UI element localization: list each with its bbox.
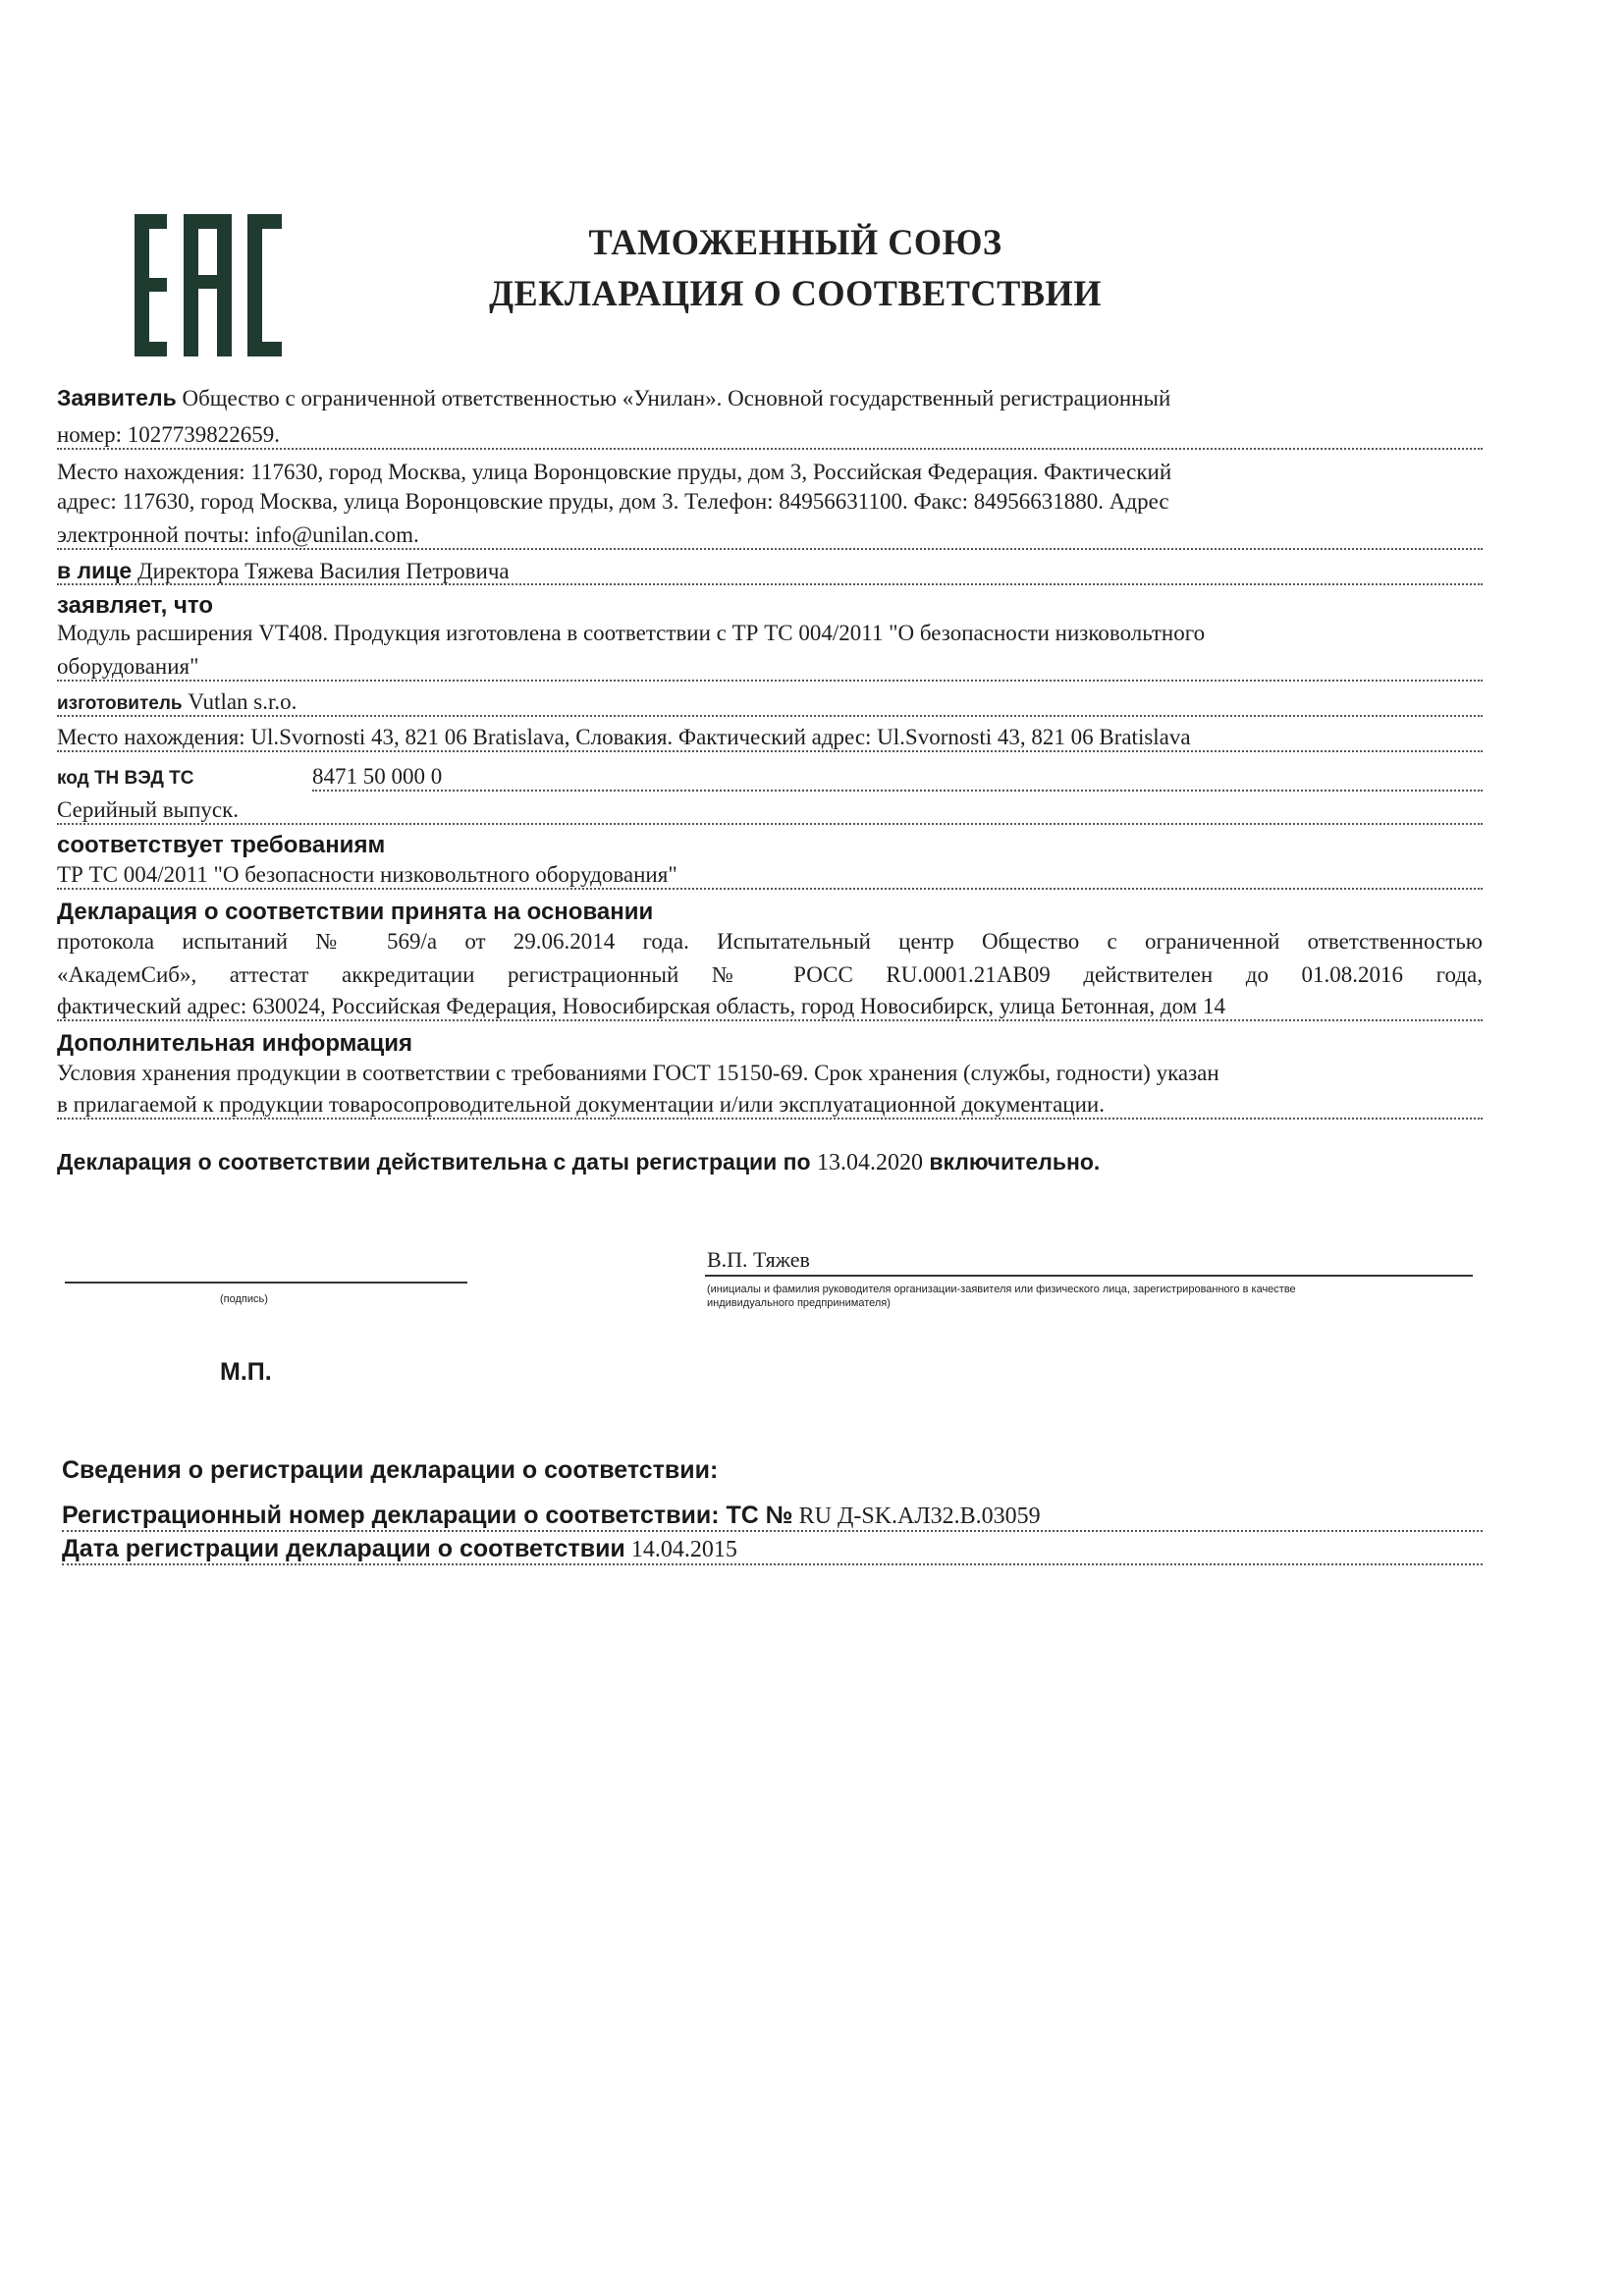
registration-date-value: 14.04.2015 [625,1537,737,1562]
divider [57,888,1483,890]
name-line [705,1275,1473,1277]
applicant-ogrn: номер: 1027739822659. [57,420,1483,450]
applicant-line-1: Заявитель Общество с ограниченной ответс… [57,383,1483,413]
name-caption-line-1: (инициалы и фамилия руководителя организ… [707,1283,1492,1296]
serial-production: Серийный выпуск. [57,795,1483,825]
signatory-name: В.П. Тяжев [707,1245,1100,1275]
eac-mark-icon [135,214,282,356]
divider [57,680,1483,682]
validity-date: 13.04.2020 [817,1150,923,1175]
tnved-code: 8471 50 000 0 [312,764,442,789]
eac-logo [135,214,282,356]
divider [57,1019,1483,1021]
registration-date: Дата регистрации декларации о соответств… [62,1534,1488,1564]
additional-info-1: Условия хранения продукции в соответстви… [57,1059,1483,1088]
registration-date-label: Дата регистрации декларации о соответств… [62,1535,625,1562]
validity-statement: Декларация о соответствии действительна … [57,1147,1483,1177]
additional-info-2: в прилагаемой к продукции товаросопровод… [57,1090,1483,1120]
requirements-value: ТР ТС 004/2011 "О безопасности низковоль… [57,860,1483,890]
divider [62,1530,1483,1532]
basis-line-2: «АкадемСиб», аттестат аккредитации регис… [57,960,1483,990]
represented-by-label: в лице [57,558,132,583]
applicant-email: электронной почты: info@unilan.com. [57,520,1483,550]
divider [57,583,1483,585]
registration-heading: Сведения о регистрации декларации о соот… [62,1455,718,1485]
additional-info-label: Дополнительная информация [57,1029,412,1059]
divider [57,750,1483,752]
signature-line [65,1282,467,1284]
represented-by-value: Директора Тяжева Василия Петровича [132,559,509,583]
divider [57,448,1483,450]
divider [57,823,1483,825]
manufacturer-label: изготовитель [57,693,183,714]
registration-number: Регистрационный номер декларации о соотв… [62,1501,1488,1531]
declares-label: заявляет, что [57,591,213,621]
manufacturer-address: Место нахождения: Ul.Svornosti 43, 821 0… [57,723,1483,752]
registration-number-value: RU Д-SK.АЛ32.В.03059 [793,1503,1041,1529]
product-description-2: оборудования" [57,652,1483,682]
applicant-label: Заявитель [57,385,177,410]
signature-caption: (подпись) [220,1292,268,1306]
represented-by: в лице Директора Тяжева Василия Петрович… [57,556,1483,586]
divider [312,790,1483,792]
tnved-label: код ТН ВЭД ТС [57,764,312,793]
name-caption: (инициалы и фамилия руководителя организ… [707,1283,1492,1310]
product-description-1: Модуль расширения VT408. Продукция изгот… [57,619,1483,648]
name-caption-line-2: индивидуального предпринимателя) [707,1296,1492,1310]
stamp-placeholder: М.П. [220,1357,272,1387]
applicant-address-2: адрес: 117630, город Москва, улица Ворон… [57,487,1483,517]
divider [62,1563,1483,1565]
title-declaration: ДЕКЛАРАЦИЯ О СООТВЕТСТВИИ [420,269,1170,320]
validity-suffix: включительно. [923,1149,1100,1175]
manufacturer-name: Vutlan s.r.o. [183,689,298,714]
validity-prefix: Декларация о соответствии действительна … [57,1149,817,1175]
applicant-name: Общество с ограниченной ответственностью… [177,386,1171,410]
basis-line-1: протокола испытаний № 569/а от 29.06.201… [57,927,1483,957]
requirements-label: соответствует требованиям [57,831,385,860]
divider [57,548,1483,550]
registration-number-label: Регистрационный номер декларации о соотв… [62,1502,793,1529]
document-title: ТАМОЖЕННЫЙ СОЮЗ ДЕКЛАРАЦИЯ О СООТВЕТСТВИ… [420,218,1170,320]
basis-label: Декларация о соответствии принята на осн… [57,898,653,927]
applicant-address-1: Место нахождения: 117630, город Москва, … [57,458,1483,487]
divider [57,1118,1483,1120]
divider [57,715,1483,717]
title-customs-union: ТАМОЖЕННЫЙ СОЮЗ [420,218,1170,269]
basis-line-3: фактический адрес: 630024, Российская Фе… [57,992,1483,1021]
